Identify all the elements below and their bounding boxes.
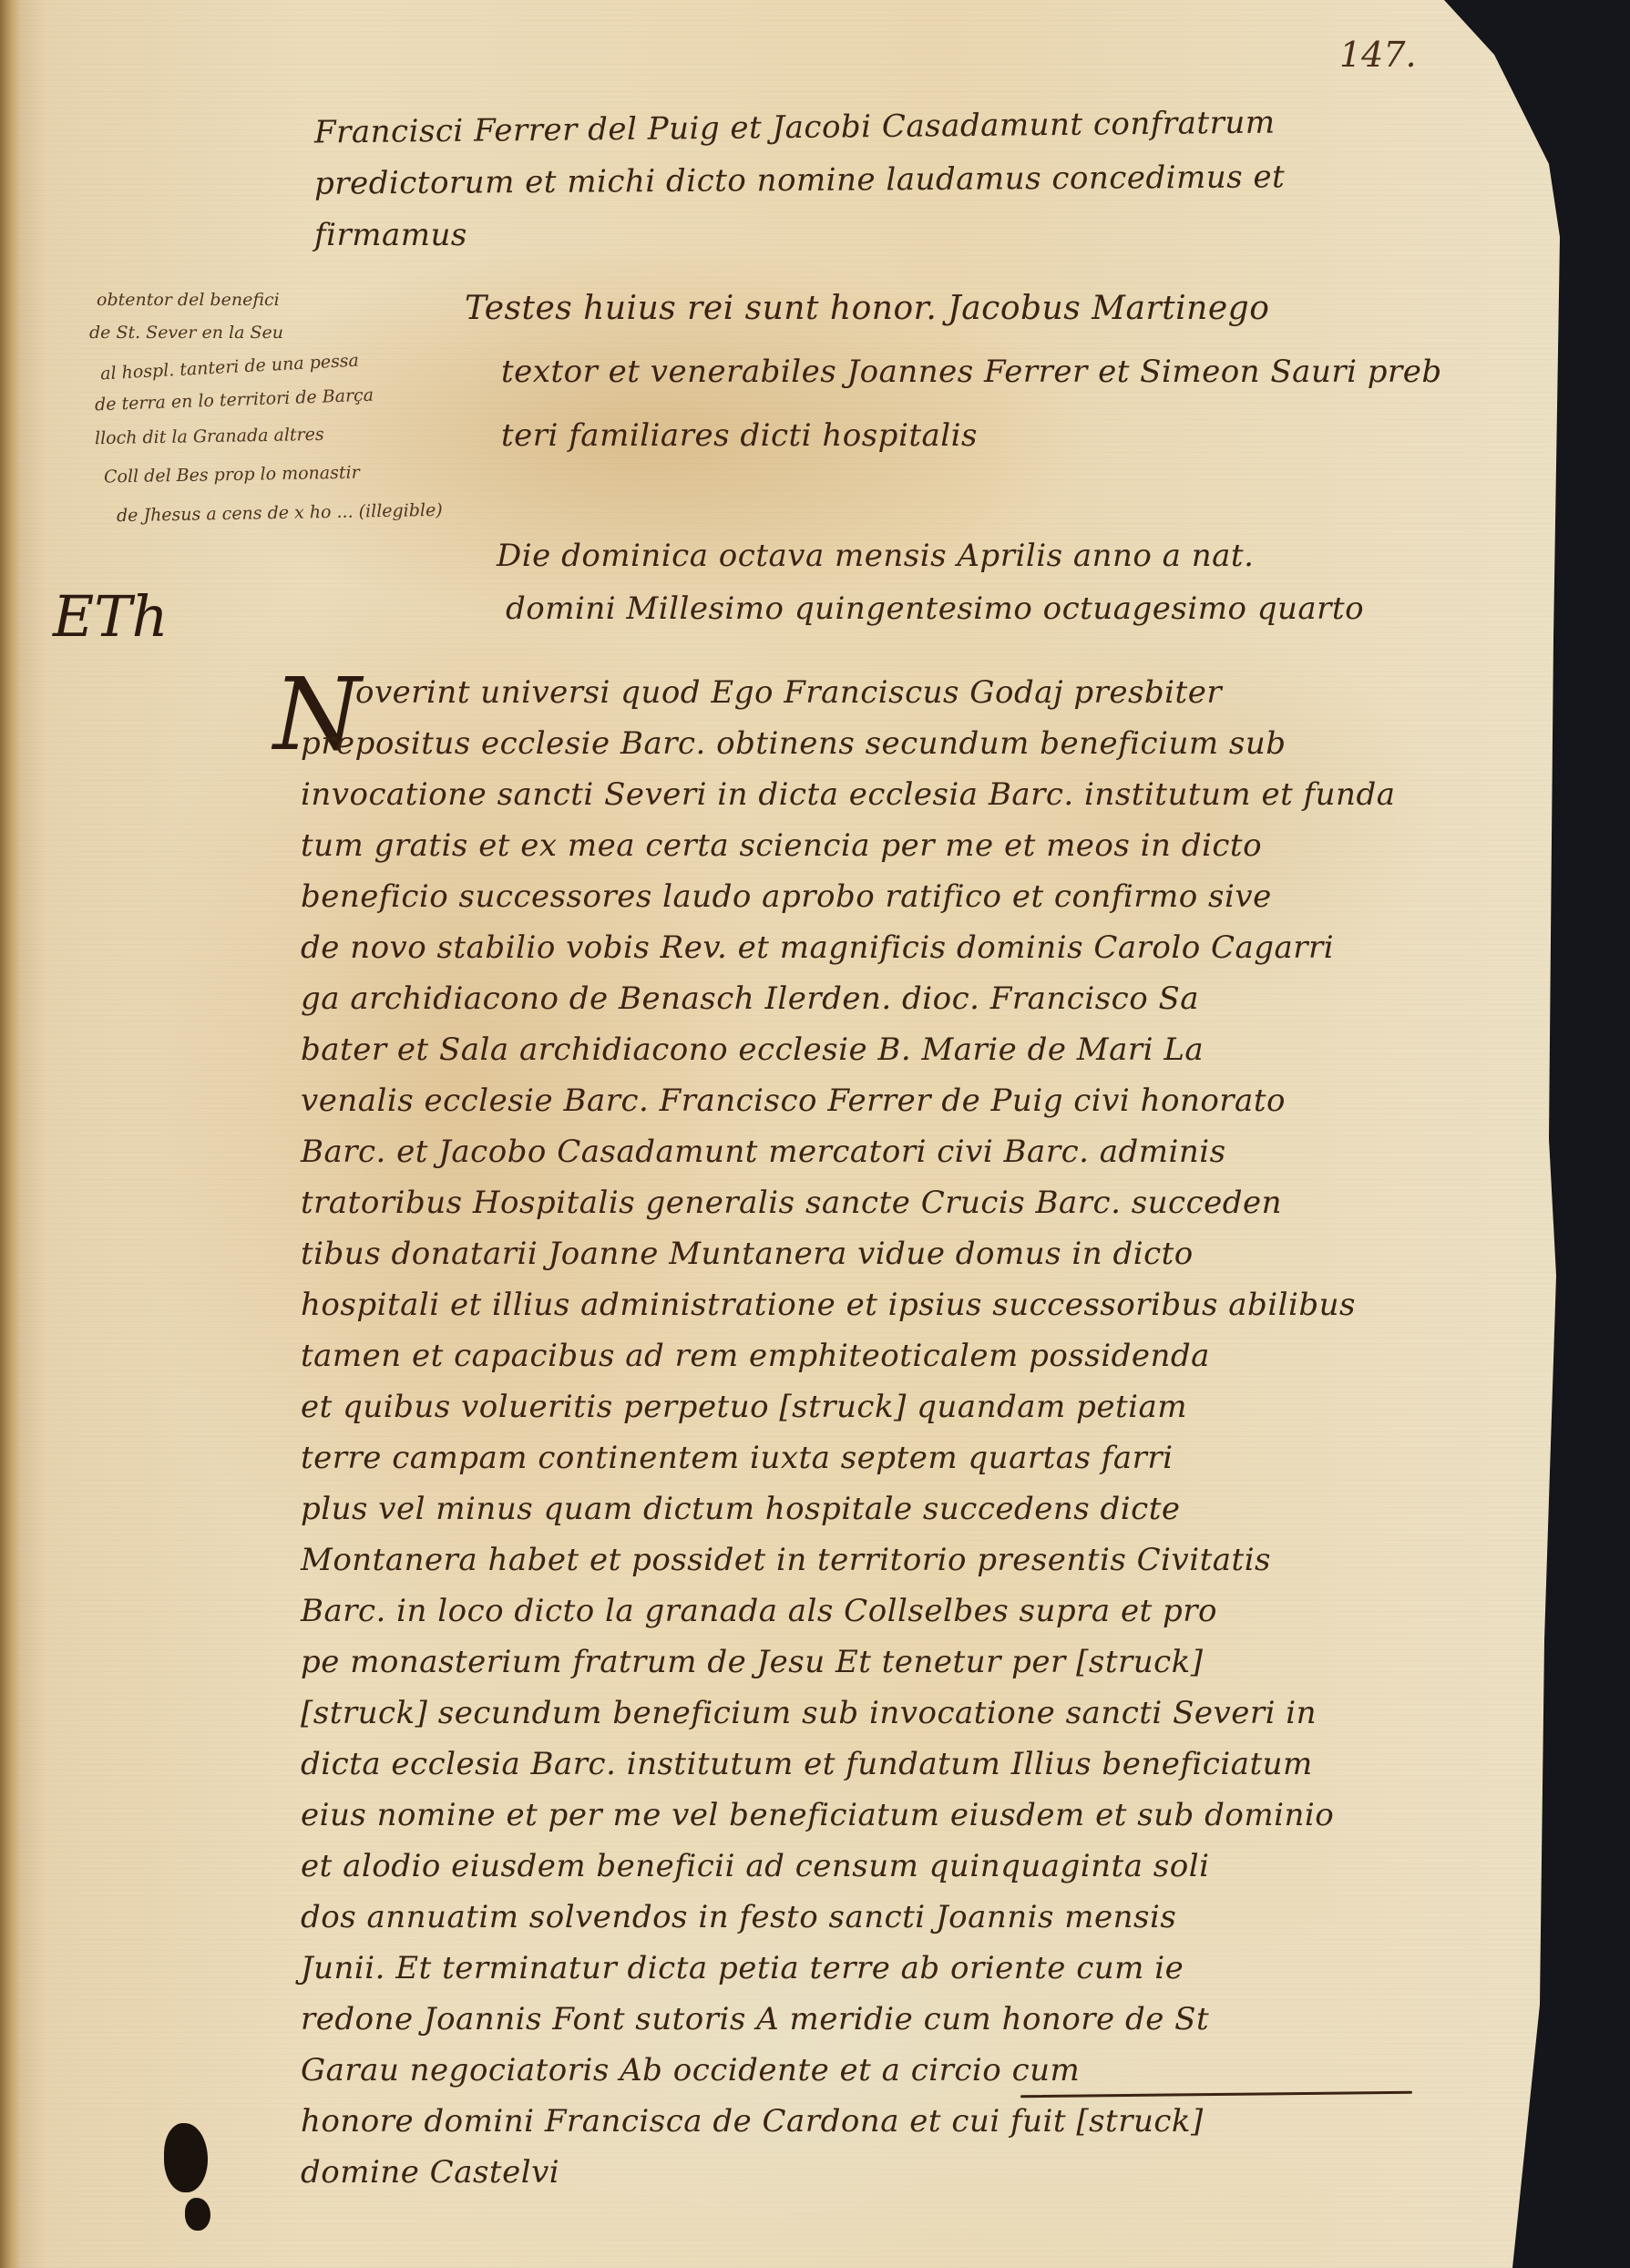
text-line: tratoribus Hospitalis generalis sancte C… — [301, 1185, 1282, 1221]
text-line: Barc. in loco dicto la granada als Colls… — [301, 1593, 1217, 1629]
text-line: beneficio successores laudo aprobo ratif… — [301, 878, 1272, 915]
text-line: bater et Sala archidiacono ecclesie B. M… — [301, 1031, 1204, 1068]
text-line: domini Millesimo quingentesimo octuagesi… — [506, 590, 1364, 627]
text-line: teri familiares dicti hospitalis — [501, 417, 978, 454]
text-line: tibus donatarii Joanne Muntanera vidue d… — [301, 1236, 1194, 1272]
text-line: de novo stabilio vobis Rev. et magnifici… — [301, 929, 1334, 966]
text-line: et quibus volueritis perpetuo [struck] q… — [301, 1389, 1187, 1425]
margin-note-line: al hospl. tanteri de una pessa — [100, 351, 360, 385]
text-line: et alodio eiusdem beneficii ad censum qu… — [301, 1848, 1209, 1884]
text-line: ga archidiacono de Benasch Ilerden. dioc… — [301, 980, 1199, 1017]
margin-note-line: de Jhesus a cens de x ho ... (illegible) — [117, 500, 443, 526]
text-line: Die dominica octava mensis Aprilis anno … — [497, 538, 1254, 574]
text-line: hospitali et illius administratione et i… — [301, 1287, 1356, 1323]
text-line: tum gratis et ex mea certa sciencia per … — [301, 827, 1262, 864]
text-line: firmamus — [314, 217, 467, 253]
text-line: redone Joannis Font sutoris A meridie cu… — [301, 2001, 1209, 2037]
dating-clause: Die dominica octava mensis Aprilis anno … — [497, 538, 1481, 647]
text-line: terre campam continentem iuxta septem qu… — [301, 1440, 1174, 1476]
text-line: Montanera habet et possidet in territori… — [301, 1542, 1271, 1578]
text-line: plus vel minus quam dictum hospitale suc… — [301, 1491, 1180, 1527]
margin-note-line: de St. Sever en la Seu — [89, 323, 283, 343]
text-line: textor et venerabiles Joannes Ferrer et … — [501, 354, 1442, 390]
notary-mark: ETh — [53, 583, 169, 650]
margin-note-line: lloch dit la Granada altres — [95, 425, 324, 448]
text-line: domine Castelvi — [301, 2154, 559, 2191]
ink-blot — [185, 2198, 210, 2231]
text-line: prepositus ecclesie Barc. obtinens secun… — [301, 725, 1287, 762]
text-line: eius nomine et per me vel beneficiatum e… — [301, 1797, 1334, 1833]
text-line: Francisci Ferrer del Puig et Jacobi Casa… — [314, 104, 1276, 150]
text-line: predictorum et michi dicto nomine laudam… — [314, 159, 1286, 201]
text-line: honore domini Francisca de Cardona et cu… — [301, 2103, 1204, 2140]
text-line: tamen et capacibus ad rem emphiteoticale… — [301, 1338, 1210, 1374]
top-section: Francisci Ferrer del Puig et Jacobi Casa… — [314, 109, 1517, 273]
margin-notes: obtentor del benefici de St. Sever en la… — [89, 290, 490, 536]
margin-note-line: de terra en lo territori de Barça — [95, 385, 374, 416]
text-line: Testes huius rei sunt honor. Jacobus Mar… — [465, 290, 1269, 327]
text-line: pe monasterium fratrum de Jesu Et tenetu… — [301, 1644, 1204, 1680]
text-line: dicta ecclesia Barc. institutum et funda… — [301, 1746, 1313, 1782]
text-line: venalis ecclesie Barc. Francisco Ferrer … — [301, 1083, 1286, 1119]
text-line: overint universi quod Ego Franciscus God… — [355, 674, 1222, 711]
text-line: Junii. Et terminatur dicta petia terre a… — [301, 1950, 1184, 1986]
manuscript-page: 147. Francisci Ferrer del Puig et Jacobi… — [0, 0, 1567, 2268]
margin-note-line: Coll del Bes prop lo monastir — [104, 463, 360, 487]
text-line: dos annuatim solvendos in festo sancti J… — [301, 1899, 1176, 1935]
text-line: invocatione sancti Severi in dicta eccle… — [301, 776, 1395, 813]
text-line: Barc. et Jacobo Casadamunt mercatori civ… — [301, 1134, 1226, 1170]
witnesses-clause: Testes huius rei sunt honor. Jacobus Mar… — [465, 290, 1494, 472]
text-line: [struck] secundum beneficium sub invocat… — [301, 1695, 1317, 1731]
main-text: overint universi quod Ego Franciscus God… — [301, 674, 1485, 2187]
text-line: Garau negociatoris Ab occidente et a cir… — [301, 2052, 1080, 2088]
margin-note-line: obtentor del benefici — [97, 290, 280, 310]
ink-blot — [164, 2123, 208, 2192]
folio-number: 147. — [1339, 35, 1417, 75]
binding-edge — [0, 0, 20, 2268]
